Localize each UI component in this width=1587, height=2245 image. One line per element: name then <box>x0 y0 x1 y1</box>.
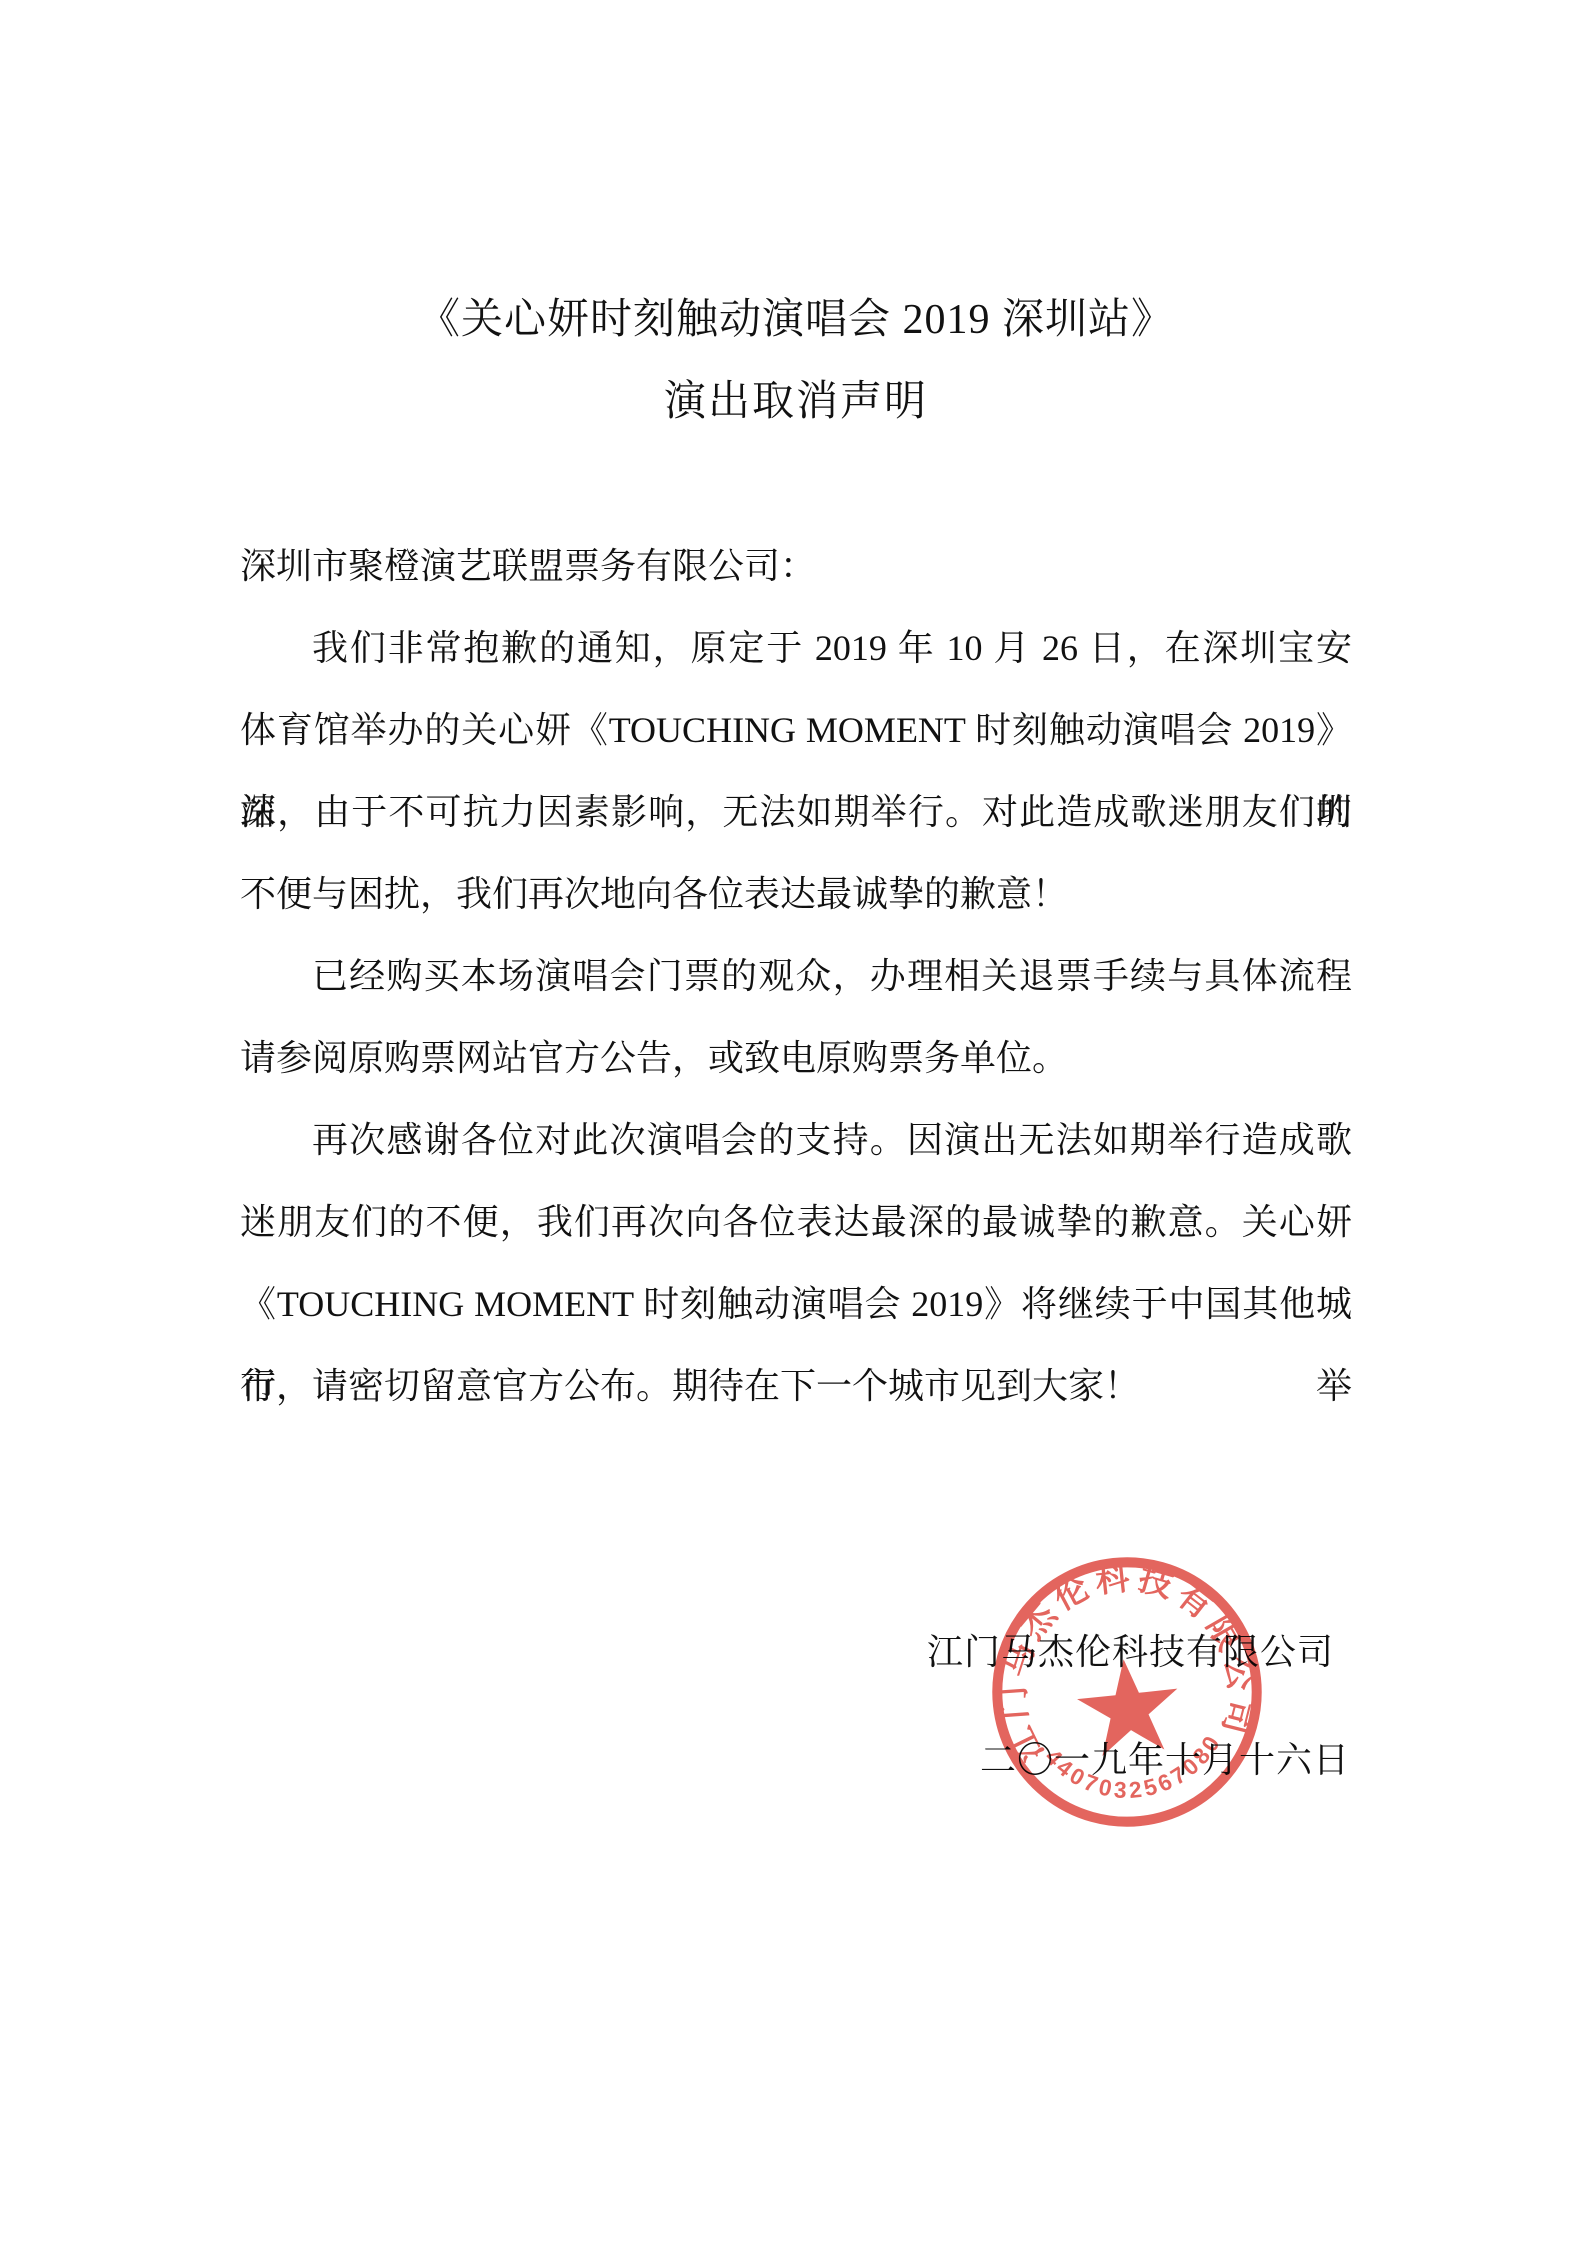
body-line: 站，由于不可抗力因素影响，无法如期举行。对此造成歌迷朋友们的 <box>240 771 1352 853</box>
body-line: 迷朋友们的不便，我们再次向各位表达最深的最诚挚的歉意。关心妍 <box>240 1181 1352 1263</box>
document-subtitle: 演出取消声明 <box>240 376 1352 428</box>
salutation-line: 深圳市聚橙演艺联盟票务有限公司： <box>240 525 1352 607</box>
body-line: 体育馆举办的关心妍《TOUCHING MOMENT 时刻触动演唱会 2019》深… <box>240 689 1352 771</box>
body-line: 再次感谢各位对此次演唱会的支持。因演出无法如期举行造成歌 <box>240 1099 1352 1181</box>
body-line: 请参阅原购票网站官方公告，或致电原购票务单位。 <box>240 1017 1352 1099</box>
body-line: 已经购买本场演唱会门票的观众，办理相关退票手续与具体流程 <box>240 935 1352 1017</box>
document-body: 深圳市聚橙演艺联盟票务有限公司： 我们非常抱歉的通知，原定于 2019 年 10… <box>240 525 1352 1427</box>
body-line: 《TOUCHING MOMENT 时刻触动演唱会 2019》将继续于中国其他城市… <box>240 1263 1352 1345</box>
star-icon <box>1073 1654 1183 1758</box>
document-title: 《关心妍时刻触动演唱会 2019 深圳站》 <box>240 292 1352 348</box>
document-page: 《关心妍时刻触动演唱会 2019 深圳站》 演出取消声明 深圳市聚橙演艺联盟票务… <box>0 0 1587 2245</box>
company-seal-stamp: 江门马杰伦科技有限公司 4407032567080 <box>976 1541 1277 1842</box>
body-line: 我们非常抱歉的通知，原定于 2019 年 10 月 26 日，在深圳宝安 <box>240 607 1352 689</box>
body-line: 不便与困扰，我们再次地向各位表达最诚挚的歉意！ <box>240 853 1352 935</box>
